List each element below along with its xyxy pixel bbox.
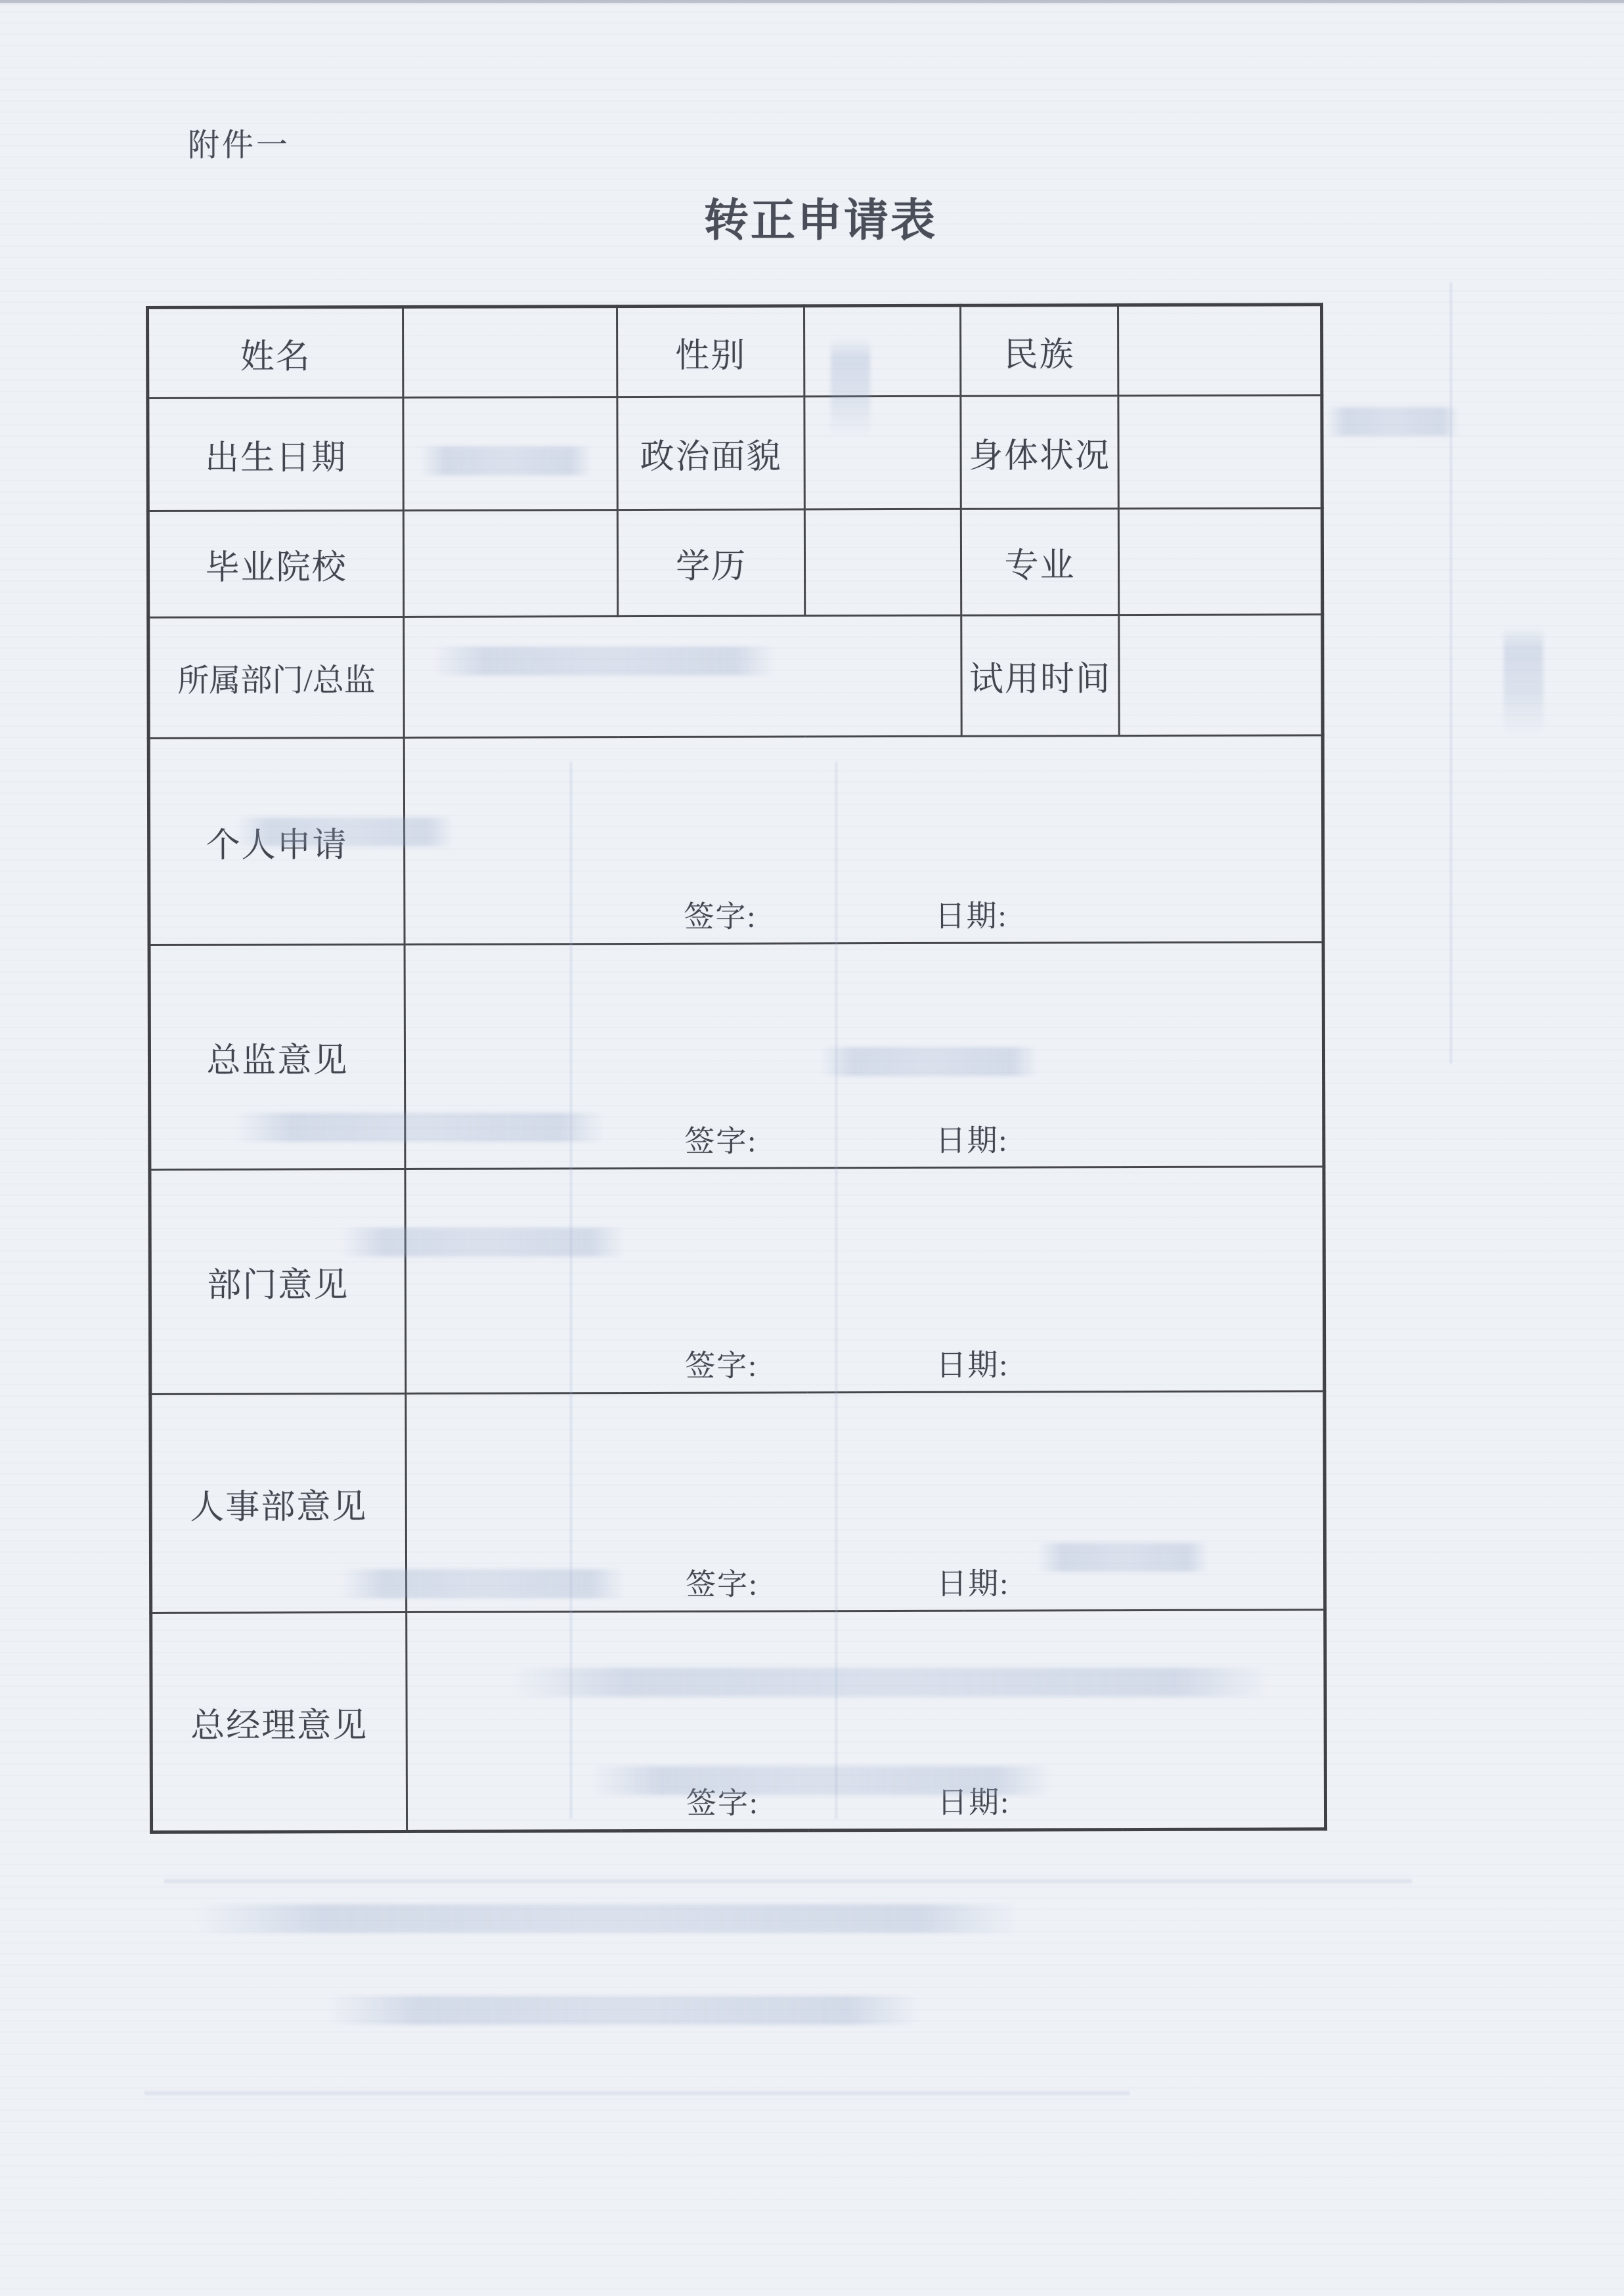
scan-top-edge [0,0,1624,3]
director-opinion-body: 签字: 日期: [405,942,1324,1169]
birth-date-value [403,397,617,511]
department-row: 所属部门/总监 试用时间 [148,615,1323,739]
attachment-label: 附件一 [188,119,290,165]
personal-application-section: 个人申请 签字: 日期: [148,735,1323,945]
education-label: 学历 [617,509,804,617]
date-label: 日期: [936,1124,1009,1158]
hr-opinion-body: 签字: 日期: [406,1391,1325,1613]
info-row-1: 姓名 性别 民族 [148,305,1322,399]
sign-date-line: 签字: 日期: [407,1559,1323,1605]
department-opinion-section: 部门意见 签字: 日期: [150,1167,1325,1395]
bleed-through-line [1450,282,1452,1064]
scanned-page: { "document": { "attachment_label": "附件一… [0,0,1624,2296]
info-row-3: 毕业院校 学历 专业 [148,508,1322,618]
department-label: 所属部门/总监 [148,617,404,738]
major-label: 专业 [961,509,1118,616]
date-label: 日期: [936,1349,1009,1382]
bleed-through-mark [197,1904,1018,1933]
sign-date-line: 签字: 日期: [405,891,1321,937]
name-value [403,307,617,398]
birth-date-label: 出生日期 [148,397,403,511]
gender-value [804,305,961,397]
trial-period-label: 试用时间 [961,615,1119,737]
bleed-through-band [144,2091,1130,2095]
date-label: 日期: [935,899,1008,933]
personal-application-label: 个人申请 [148,737,405,945]
sign-label: 签字: [686,1568,758,1601]
bleed-through-mark [1504,627,1543,735]
director-opinion-label: 总监意见 [149,944,405,1169]
sign-label: 签字: [684,900,757,934]
date-label: 日期: [937,1786,1010,1819]
education-value [804,509,961,616]
sign-date-line: 签字: 日期: [406,1340,1323,1386]
political-status-value [804,396,961,509]
hr-opinion-label: 人事部意见 [150,1393,406,1613]
school-value [403,510,617,617]
bleed-through-mark [328,1996,919,2025]
health-status-value [1118,395,1322,509]
sign-label: 签字: [684,1125,757,1158]
department-opinion-body: 签字: 日期: [405,1167,1325,1394]
hr-opinion-section: 人事部意见 签字: 日期: [150,1391,1325,1613]
page-title: 转正申请表 [704,185,937,249]
bleed-through-mark [1327,407,1458,436]
director-opinion-section: 总监意见 签字: 日期: [149,942,1324,1170]
major-value [1118,508,1322,615]
trial-period-value [1119,615,1323,736]
gm-opinion-label: 总经理意见 [151,1612,407,1832]
gender-label: 性别 [617,306,804,397]
ethnicity-value [1118,305,1322,396]
school-label: 毕业院校 [148,510,403,617]
bleed-through-band [164,1879,1412,1883]
info-row-2: 出生日期 政治面貌 身体状况 [148,395,1322,511]
date-label: 日期: [936,1567,1009,1601]
political-status-label: 政治面貌 [617,397,804,510]
application-form-table: 姓名 性别 民族 出生日期 政治面貌 身体状况 毕业院校 学历 专业 所属部门/… [146,303,1327,1834]
sign-date-line: 签字: 日期: [406,1116,1322,1161]
personal-application-body: 签字: 日期: [404,735,1323,945]
sign-date-line: 签字: 日期: [408,1777,1324,1823]
department-opinion-label: 部门意见 [150,1169,406,1394]
gm-opinion-section: 总经理意见 签字: 日期: [151,1610,1326,1832]
department-value [404,615,961,737]
gm-opinion-body: 签字: 日期: [406,1610,1326,1832]
health-status-label: 身体状况 [961,396,1118,509]
sign-label: 签字: [685,1349,758,1383]
name-label: 姓名 [148,307,403,398]
ethnicity-label: 民族 [961,305,1118,397]
sign-label: 签字: [686,1787,759,1820]
